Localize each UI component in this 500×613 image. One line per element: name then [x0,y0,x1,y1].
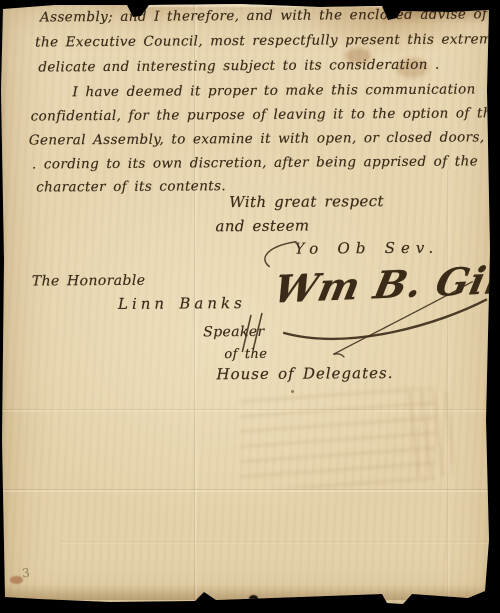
letter-line-2: the Executive Council, most respectfully… [35,31,500,50]
letter-line-8: character of its contents. [36,178,226,195]
letter-page: Assembly; and I therefore, and with the … [0,0,500,613]
address-line-of-the: of the [224,347,267,362]
signature-wm-b-giles: Wm B. Giles [270,255,500,311]
valediction-abbreviation: Yo Ob Sev. [295,239,440,258]
letter-line-3: delicate and interesting subject to its … [38,57,439,76]
letter-line-1: Assembly; and I therefore, and with the … [40,6,487,25]
pencil-page-number: 3 [21,566,30,581]
address-line-linn-banks: Linn Banks [118,294,246,313]
letter-line-7: . cording to its own discretion, after b… [32,153,478,172]
letter-line-4: I have deemed it proper to make this com… [72,81,475,100]
address-line-speaker: Speaker [203,324,265,340]
letter-line-6: General Assembly, to examine it with ope… [29,129,500,148]
address-line-house-of-delegates: House of Delegates. [216,364,393,383]
closing-line-esteem: and esteem [215,217,309,236]
address-line-honorable: The Honorable [32,273,146,290]
letter-line-5: confidential, for the purpose of leaving… [31,105,500,124]
closing-line-respect: With great respect [229,192,384,211]
letter-text-block: Assembly; and I therefore, and with the … [0,0,500,613]
